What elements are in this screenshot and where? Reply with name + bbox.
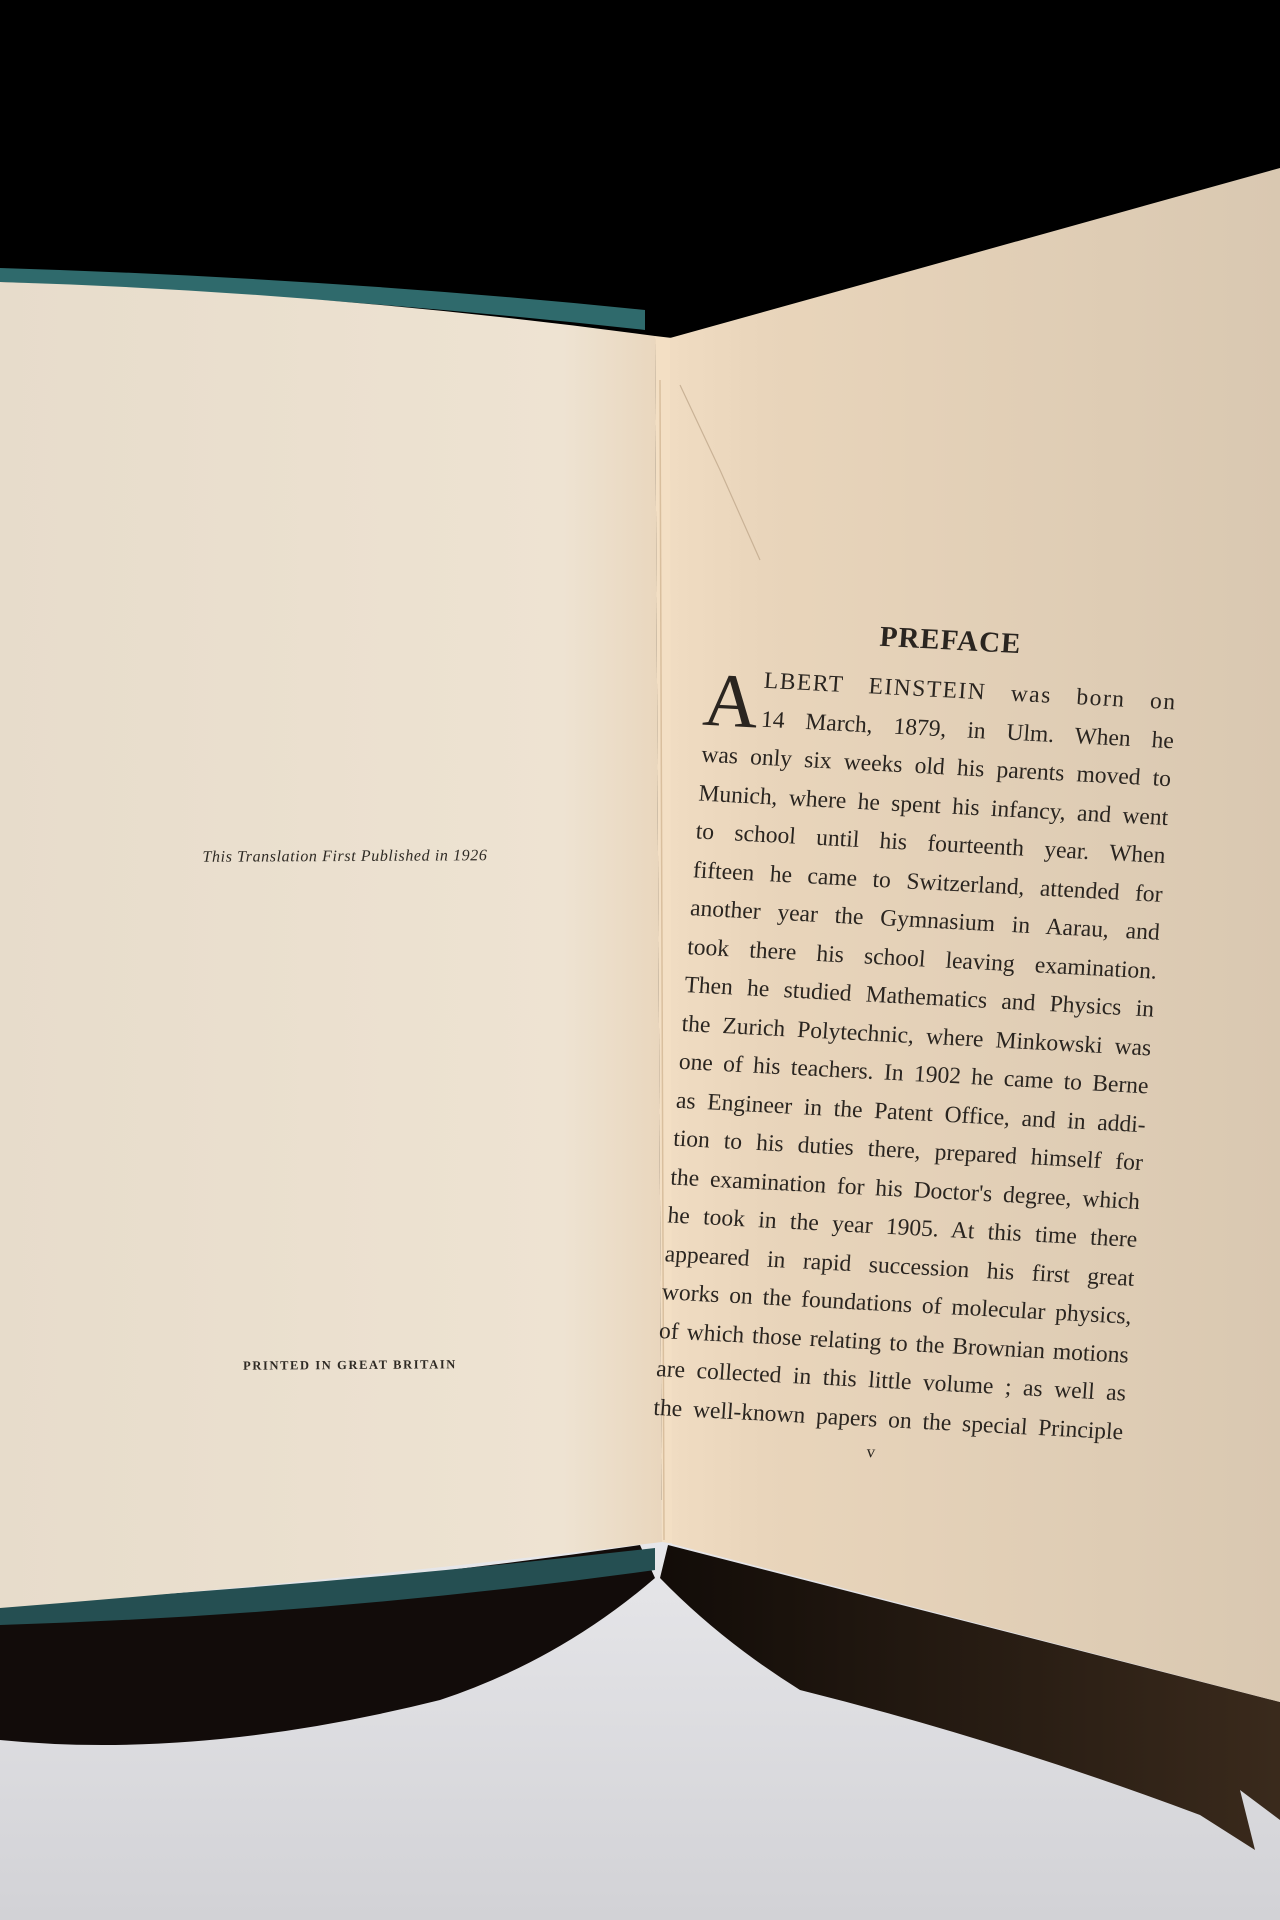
imprint-line: This Translation First Published in 1926	[150, 847, 540, 867]
book-photo-scene: This Translation First Published in 1926…	[0, 0, 1280, 1920]
drop-cap: A	[701, 669, 761, 738]
preface-paragraph: A LBERT EINSTEIN was born on 14 March, 1…	[652, 659, 1178, 1452]
left-page	[0, 282, 662, 1608]
preface-page: PREFACE A LBERT EINSTEIN was born on 14 …	[650, 612, 1181, 1475]
printer-line: PRINTED IN GREAT BRITAIN	[200, 1357, 500, 1374]
